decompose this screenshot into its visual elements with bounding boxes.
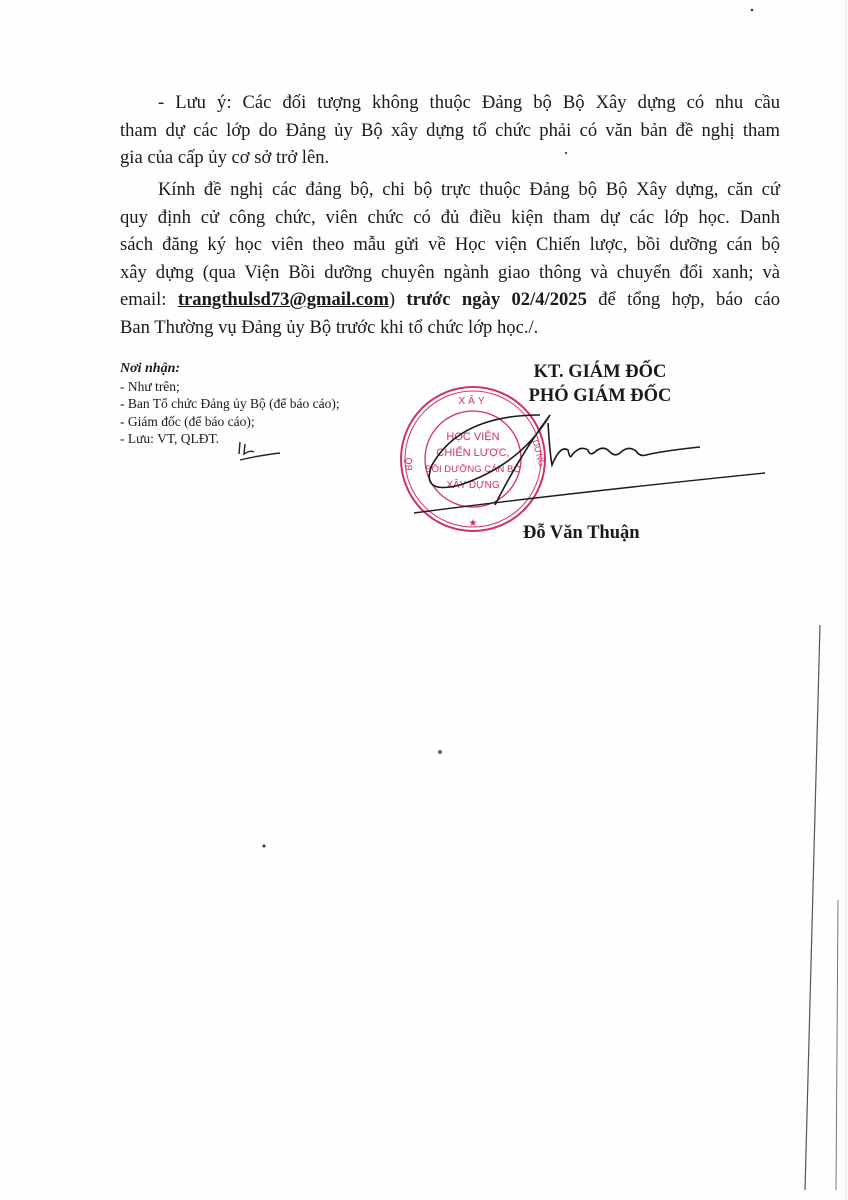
text-line: - Lưu ý: Các đối tượng không thuộc Đảng …	[120, 89, 780, 117]
signer-name: Đỗ Văn Thuận	[523, 523, 640, 544]
text-line: xây dựng (qua Viện Bồi dưỡng chuyên ngàn…	[120, 259, 780, 287]
document-page: - Lưu ý: Các đối tượng không thuộc Đảng …	[0, 0, 848, 1200]
recipients-block: Nơi nhận: - Như trên; - Ban Tổ chức Đảng…	[120, 360, 340, 448]
note-paragraph: - Lưu ý: Các đối tượng không thuộc Đảng …	[120, 89, 780, 172]
text-line: gia của cấp ủy cơ sở trở lên.	[120, 144, 780, 172]
recipient-item: - Lưu: VT, QLĐT.	[120, 430, 340, 448]
text-line: quy định cử công chức, viên chức có đủ đ…	[120, 204, 780, 232]
request-paragraph: Kính đề nghị các đảng bộ, chi bộ trực th…	[120, 176, 780, 341]
recipient-item: - Giám đốc (để báo cáo);	[120, 413, 340, 431]
text-line-email: email: trangthulsd73@gmail.com) trước ng…	[120, 286, 780, 314]
recipient-item: - Như trên;	[120, 378, 340, 396]
recipients-heading: Nơi nhận:	[120, 360, 340, 378]
signature-title-1: KT. GIÁM ĐỐC	[480, 360, 720, 384]
deadline-suffix: để tổng hợp, báo cáo	[587, 289, 780, 310]
text-line: Ban Thường vụ Đảng ủy Bộ trước khi tổ ch…	[120, 314, 780, 342]
text-line: Kính đề nghị các đảng bộ, chi bộ trực th…	[120, 176, 780, 204]
email-link[interactable]: trangthulsd73@gmail.com	[178, 289, 389, 310]
initials-mark-icon	[236, 440, 286, 462]
email-prefix: email:	[120, 289, 178, 310]
handwritten-signature-icon	[400, 395, 770, 525]
recipient-item: - Ban Tổ chức Đảng ủy Bộ (để báo cáo);	[120, 395, 340, 413]
deadline: trước ngày 02/4/2025	[406, 289, 587, 310]
text-line: tham dự các lớp do Đảng ủy Bộ xây dựng t…	[120, 117, 780, 145]
email-suffix: )	[389, 289, 407, 310]
text-line: sách đăng ký học viên theo mẫu gửi về Họ…	[120, 231, 780, 259]
